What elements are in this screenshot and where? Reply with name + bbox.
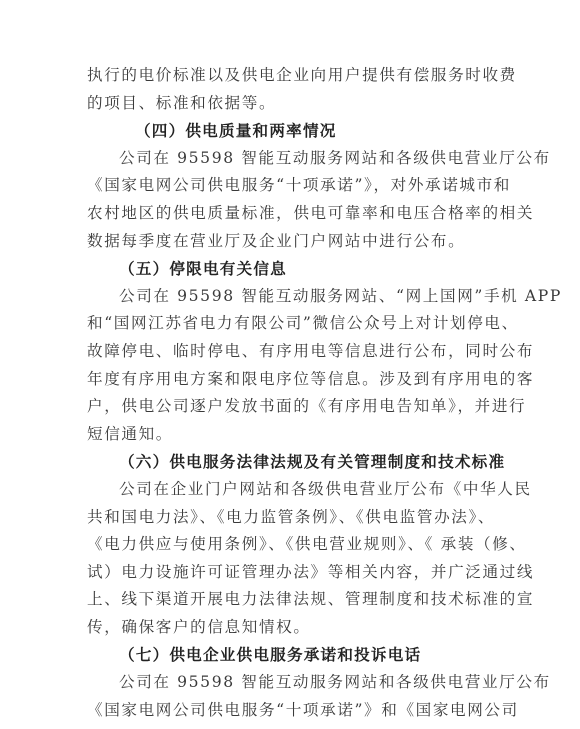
section-heading-7: （七）供电企业供电服务承诺和投诉电话 (87, 641, 493, 669)
body-line: 执行的电价标准以及供电企业向用户提供有偿服务时收费 (87, 62, 493, 90)
paragraph-start-line: 公司在 95598 智能互动服务网站和各级供电营业厅公布 (87, 669, 493, 697)
body-line: 故障停电、临时停电、有序用电等信息进行公布，同时公布 (87, 338, 493, 366)
paragraph-start-line: 公司在 95598 智能互动服务网站和各级供电营业厅公布 (87, 145, 493, 173)
body-line: 上、线下渠道开展电力法律法规、管理制度和技术标准的宣 (87, 586, 493, 614)
body-line: 和“国网江苏省电力有限公司”微信公众号上对计划停电、 (87, 310, 493, 338)
body-line: 数据每季度在营业厅及企业门户网站中进行公布。 (87, 228, 493, 256)
body-line: 传，确保客户的信息知情权。 (87, 614, 493, 642)
body-line: 农村地区的供电质量标准，供电可靠率和电压合格率的相关 (87, 200, 493, 228)
body-line: 《电力供应与使用条例》、《供电营业规则》、《 承装（修、 (87, 531, 493, 559)
body-line: 年度有序用电方案和限电序位等信息。涉及到有序用电的客 (87, 366, 493, 394)
body-line: 户，供电公司逐户发放书面的《有序用电告知单》，并进行 (87, 393, 493, 421)
paragraph-start-line: 公司在企业门户网站和各级供电营业厅公布《中华人民 (87, 476, 493, 504)
body-line: 共和国电力法》、《电力监管条例》、《供电监管办法》、 (87, 504, 493, 532)
body-line: 《国家电网公司供电服务“十项承诺”》，对外承诺城市和 (87, 172, 493, 200)
body-line: 试）电力设施许可证管理办法》等相关内容，并广泛通过线 (87, 559, 493, 587)
body-line: 的项目、标准和依据等。 (87, 90, 493, 118)
body-line: 《国家电网公司供电服务“十项承诺”》和《国家电网公司 (87, 697, 493, 725)
section-heading-6: （六）供电服务法律法规及有关管理制度和技术标准 (87, 448, 493, 476)
paragraph-start-line: 公司在 95598 智能互动服务网站、“网上国网”手机 APP (87, 283, 493, 311)
document-page: 执行的电价标准以及供电企业向用户提供有偿服务时收费 的项目、标准和依据等。 （四… (87, 62, 493, 724)
section-heading-5: （五）停限电有关信息 (87, 255, 493, 283)
body-line: 短信通知。 (87, 421, 493, 449)
section-heading-4: （四）供电质量和两率情况 (87, 117, 493, 145)
